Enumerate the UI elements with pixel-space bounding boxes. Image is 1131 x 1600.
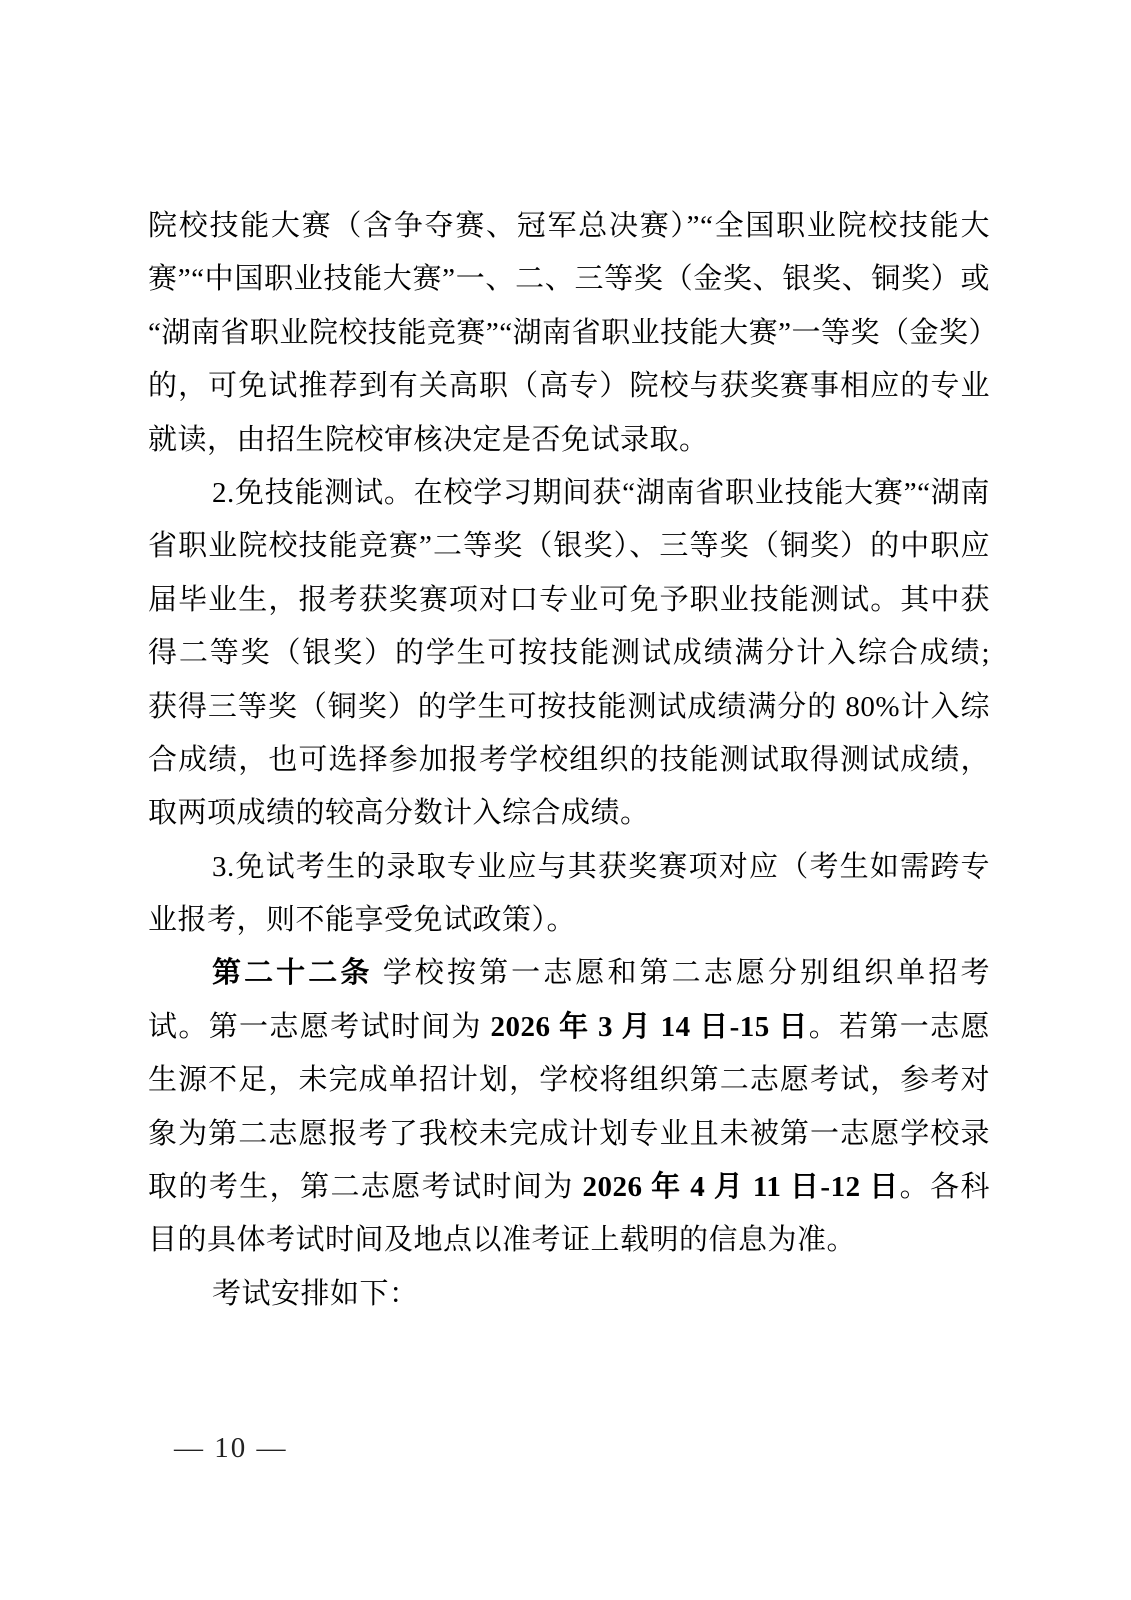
text-line: 合成绩，也可选择参加报考学校组织的技能测试取得测试成绩，: [148, 734, 990, 787]
text-line: 届毕业生，报考获奖赛项对口专业可免予职业技能测试。其中获: [148, 574, 990, 627]
bold-text-run: 第二十二条: [212, 957, 372, 989]
page-footer: — 10 —: [174, 1428, 288, 1468]
text-run: 取的考生，第二志愿考试时间为: [148, 1171, 582, 1203]
text-run: 赛”“中国职业技能大赛”一、二、三等奖（金奖、银奖、铜奖）或: [148, 263, 990, 295]
text-run: 学校按第一志愿和第二志愿分别组织单招考: [372, 957, 990, 989]
text-run: 获得三等奖（铜奖）的学生可按技能测试成绩满分的 80%计入综: [148, 691, 990, 723]
text-line: “湖南省职业院校技能竞赛”“湖南省职业技能大赛”一等奖（金奖）: [148, 307, 990, 360]
text-line: 获得三等奖（铜奖）的学生可按技能测试成绩满分的 80%计入综: [148, 681, 990, 734]
text-run: 象为第二志愿报考了我校未完成计划专业且未被第一志愿学校录: [148, 1118, 990, 1150]
text-run: 。若第一志愿: [809, 1011, 990, 1043]
text-line: 象为第二志愿报考了我校未完成计划专业且未被第一志愿学校录: [148, 1108, 990, 1161]
text-run: 的，可免试推荐到有关高职（高专）院校与获奖赛事相应的专业: [148, 370, 990, 402]
text-line: 生源不足，未完成单招计划，学校将组织第二志愿考试，参考对: [148, 1054, 990, 1107]
text-run: 生源不足，未完成单招计划，学校将组织第二志愿考试，参考对: [148, 1064, 990, 1096]
text-run: 就读，由招生院校审核决定是否免试录取。: [148, 424, 709, 456]
text-line: 取两项成绩的较高分数计入综合成绩。: [148, 787, 990, 840]
text-run: 届毕业生，报考获奖赛项对口专业可免予职业技能测试。其中获: [148, 584, 990, 616]
text-line: 3.免试考生的录取专业应与其获奖赛项对应（考生如需跨专: [148, 841, 990, 894]
text-line: 业报考，则不能享受免试政策）。: [148, 894, 990, 947]
text-line: 试。第一志愿考试时间为 2026 年 3 月 14 日-15 日。若第一志愿: [148, 1001, 990, 1054]
text-run: 得二等奖（银奖）的学生可按技能测试成绩满分计入综合成绩;: [148, 637, 990, 669]
text-run: 合成绩，也可选择参加报考学校组织的技能测试取得测试成绩，: [148, 744, 990, 776]
page-number: — 10 —: [174, 1432, 288, 1464]
text-run: 业报考，则不能享受免试政策）。: [148, 904, 576, 936]
text-line: 院校技能大赛（含争夺赛、冠军总决赛）”“全国职业院校技能大: [148, 200, 990, 253]
bold-text-run: 2026 年 4 月 11 日-12 日: [582, 1171, 899, 1203]
text-run: 。各科: [900, 1171, 990, 1203]
document-body: 院校技能大赛（含争夺赛、冠军总决赛）”“全国职业院校技能大赛”“中国职业技能大赛…: [148, 200, 990, 1321]
text-line: 得二等奖（银奖）的学生可按技能测试成绩满分计入综合成绩;: [148, 627, 990, 680]
bold-text-run: 2026 年 3 月 14 日-15 日: [491, 1011, 809, 1043]
text-line: 赛”“中国职业技能大赛”一、二、三等奖（金奖、银奖、铜奖）或: [148, 253, 990, 306]
text-run: 试。第一志愿考试时间为: [148, 1011, 491, 1043]
text-run: 院校技能大赛（含争夺赛、冠军总决赛）”“全国职业院校技能大: [148, 210, 990, 242]
text-run: 考试安排如下：: [212, 1278, 419, 1310]
text-line: 就读，由招生院校审核决定是否免试录取。: [148, 414, 990, 467]
text-line: 第二十二条 学校按第一志愿和第二志愿分别组织单招考: [148, 947, 990, 1000]
text-run: “湖南省职业院校技能竞赛”“湖南省职业技能大赛”一等奖（金奖）: [148, 317, 990, 349]
document-page: 院校技能大赛（含争夺赛、冠军总决赛）”“全国职业院校技能大赛”“中国职业技能大赛…: [0, 0, 1131, 1600]
text-run: 取两项成绩的较高分数计入综合成绩。: [148, 797, 650, 829]
text-run: 3.免试考生的录取专业应与其获奖赛项对应（考生如需跨专: [212, 851, 990, 883]
text-run: 目的具体考试时间及地点以准考证上载明的信息为准。: [148, 1224, 856, 1256]
text-line: 取的考生，第二志愿考试时间为 2026 年 4 月 11 日-12 日。各科: [148, 1161, 990, 1214]
text-line: 考试安排如下：: [148, 1268, 990, 1321]
text-run: 2.免技能测试。在校学习期间获“湖南省职业技能大赛”“湖南: [212, 477, 990, 509]
text-line: 目的具体考试时间及地点以准考证上载明的信息为准。: [148, 1214, 990, 1267]
text-line: 的，可免试推荐到有关高职（高专）院校与获奖赛事相应的专业: [148, 360, 990, 413]
text-run: 省职业院校技能竞赛”二等奖（银奖）、三等奖（铜奖）的中职应: [148, 530, 990, 562]
text-line: 省职业院校技能竞赛”二等奖（银奖）、三等奖（铜奖）的中职应: [148, 520, 990, 573]
text-line: 2.免技能测试。在校学习期间获“湖南省职业技能大赛”“湖南: [148, 467, 990, 520]
